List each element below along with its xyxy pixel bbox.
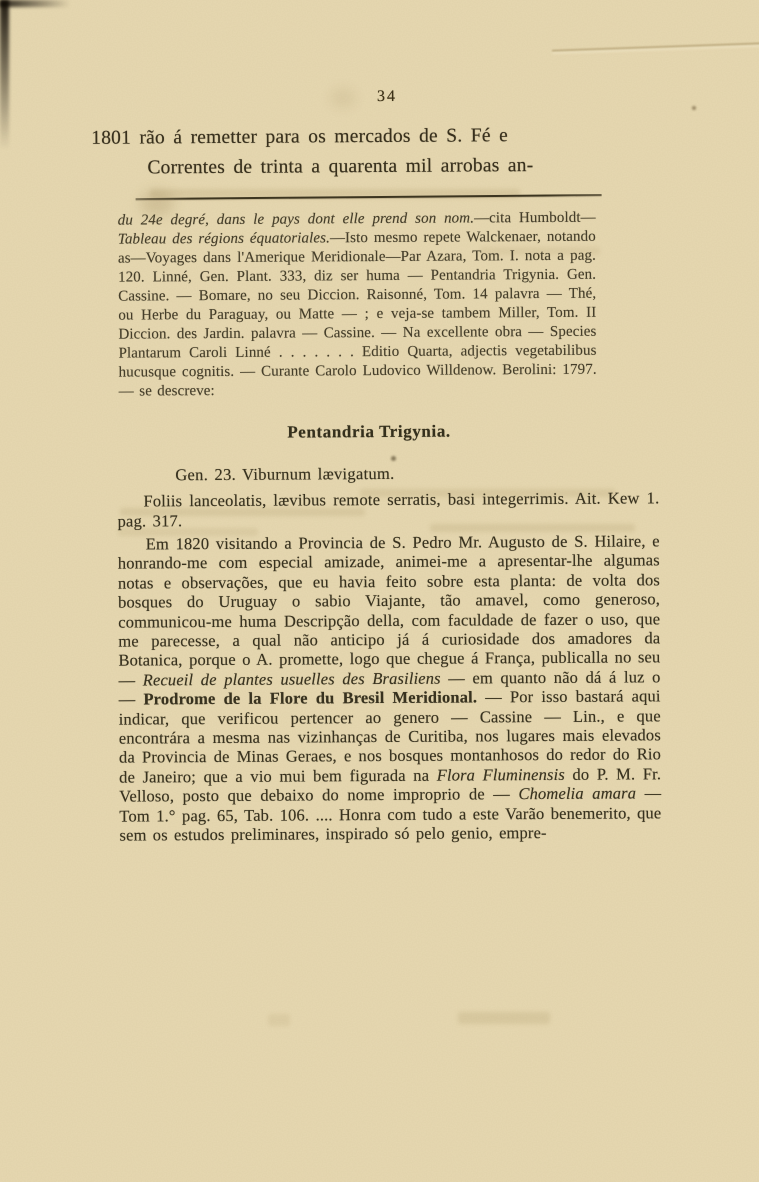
opening-line: Correntes de trinta a quarenta mil arrob… bbox=[147, 150, 659, 183]
footnote-segment: du 24e degré, dans le pays dont elle pre… bbox=[118, 210, 474, 228]
book-page-scan: 34 1801 rão á remetter para os mercados … bbox=[0, 0, 759, 1182]
opening-line: 1801 rão á remetter para os mercados de … bbox=[91, 120, 659, 153]
footnote-text: du 24e degré, dans le pays dont elle pre… bbox=[118, 209, 597, 402]
opening-paragraph: 1801 rão á remetter para os mercados de … bbox=[115, 120, 659, 183]
body-segment: Em 1820 visitando a Provincia de S. Pedr… bbox=[118, 531, 661, 689]
body-segment: Flora Fluminensis bbox=[437, 765, 565, 785]
footnote-segment: Tableau des régions équatoriales. bbox=[118, 230, 330, 247]
body-segment: Prodrome de la Flore du Bresil Meridiona… bbox=[143, 688, 477, 709]
section-heading: Pentandria Trigynia. bbox=[117, 421, 621, 444]
main-paragraph: Em 1820 visitando a Provincia de S. Pedr… bbox=[118, 531, 662, 845]
footnote-divider-rule bbox=[136, 194, 602, 200]
genus-line: Gen. 23. Viburnum lævigatum. bbox=[175, 462, 661, 485]
printed-text-block: 34 1801 rão á remetter para os mercados … bbox=[0, 0, 759, 1182]
body-segment: Recueil de plantes usuelles des Brasilie… bbox=[143, 668, 441, 689]
footnote-segment: —cita Humboldt— bbox=[474, 210, 596, 227]
page-number: 34 bbox=[115, 86, 659, 107]
body-segment: Chomelia amara bbox=[518, 784, 636, 804]
footnote-segment: —Isto mesmo repete Walckenaer, notando a… bbox=[118, 229, 597, 400]
species-diagnosis: Foliis lanceolatis, lævibus remote serra… bbox=[117, 488, 659, 530]
